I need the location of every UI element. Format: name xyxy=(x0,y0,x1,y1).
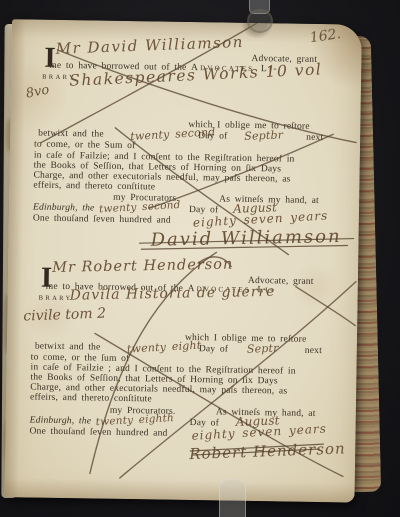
sign-day-handwritten: twenty eighth xyxy=(95,413,174,428)
printed-day-of: Day of xyxy=(198,131,227,142)
return-month-handwritten: Septr xyxy=(247,343,279,355)
borrower-signature: David Williamson xyxy=(150,226,341,251)
return-month-handwritten: Septbr xyxy=(244,129,283,141)
page-holder-tab-bottom xyxy=(219,479,246,517)
sign-day-handwritten: twenty second xyxy=(99,200,181,215)
printed-body-line: effeirs, and thereto conſtitute xyxy=(33,181,155,194)
printed-year-prefix: One thouſand ſeven hundred and xyxy=(33,214,171,227)
book-title-handwritten: Davila Historia de guerre xyxy=(70,284,276,304)
book-format-handwritten: 8vo xyxy=(25,82,51,101)
page-holder-foot xyxy=(247,9,273,33)
borrower-signature: Robert Henderson xyxy=(189,439,346,463)
book-title-handwritten-line2: civile tom 2 xyxy=(23,306,106,325)
page-number: 162. xyxy=(309,26,342,46)
printed-next: next xyxy=(305,346,322,357)
printed-brary: BRARY xyxy=(39,293,73,305)
manuscript-page: 162. I Mr David Williamson Advocate, gra… xyxy=(4,19,361,502)
printed-next: next xyxy=(306,133,323,144)
printed-day-of: Day of xyxy=(199,344,228,355)
printed-year-prefix: One thouſand ſeven hundred and xyxy=(29,427,167,440)
book-scan: 162. I Mr David Williamson Advocate, gra… xyxy=(0,0,400,517)
printed-body-line: effeirs, and thereto conſtitute xyxy=(30,393,152,406)
borrower-name-handwritten: Mr David Williamson xyxy=(55,33,244,58)
borrower-name-handwritten: Mr Robert Henderson xyxy=(52,257,233,276)
return-day-handwritten: twenty eight xyxy=(127,340,202,355)
